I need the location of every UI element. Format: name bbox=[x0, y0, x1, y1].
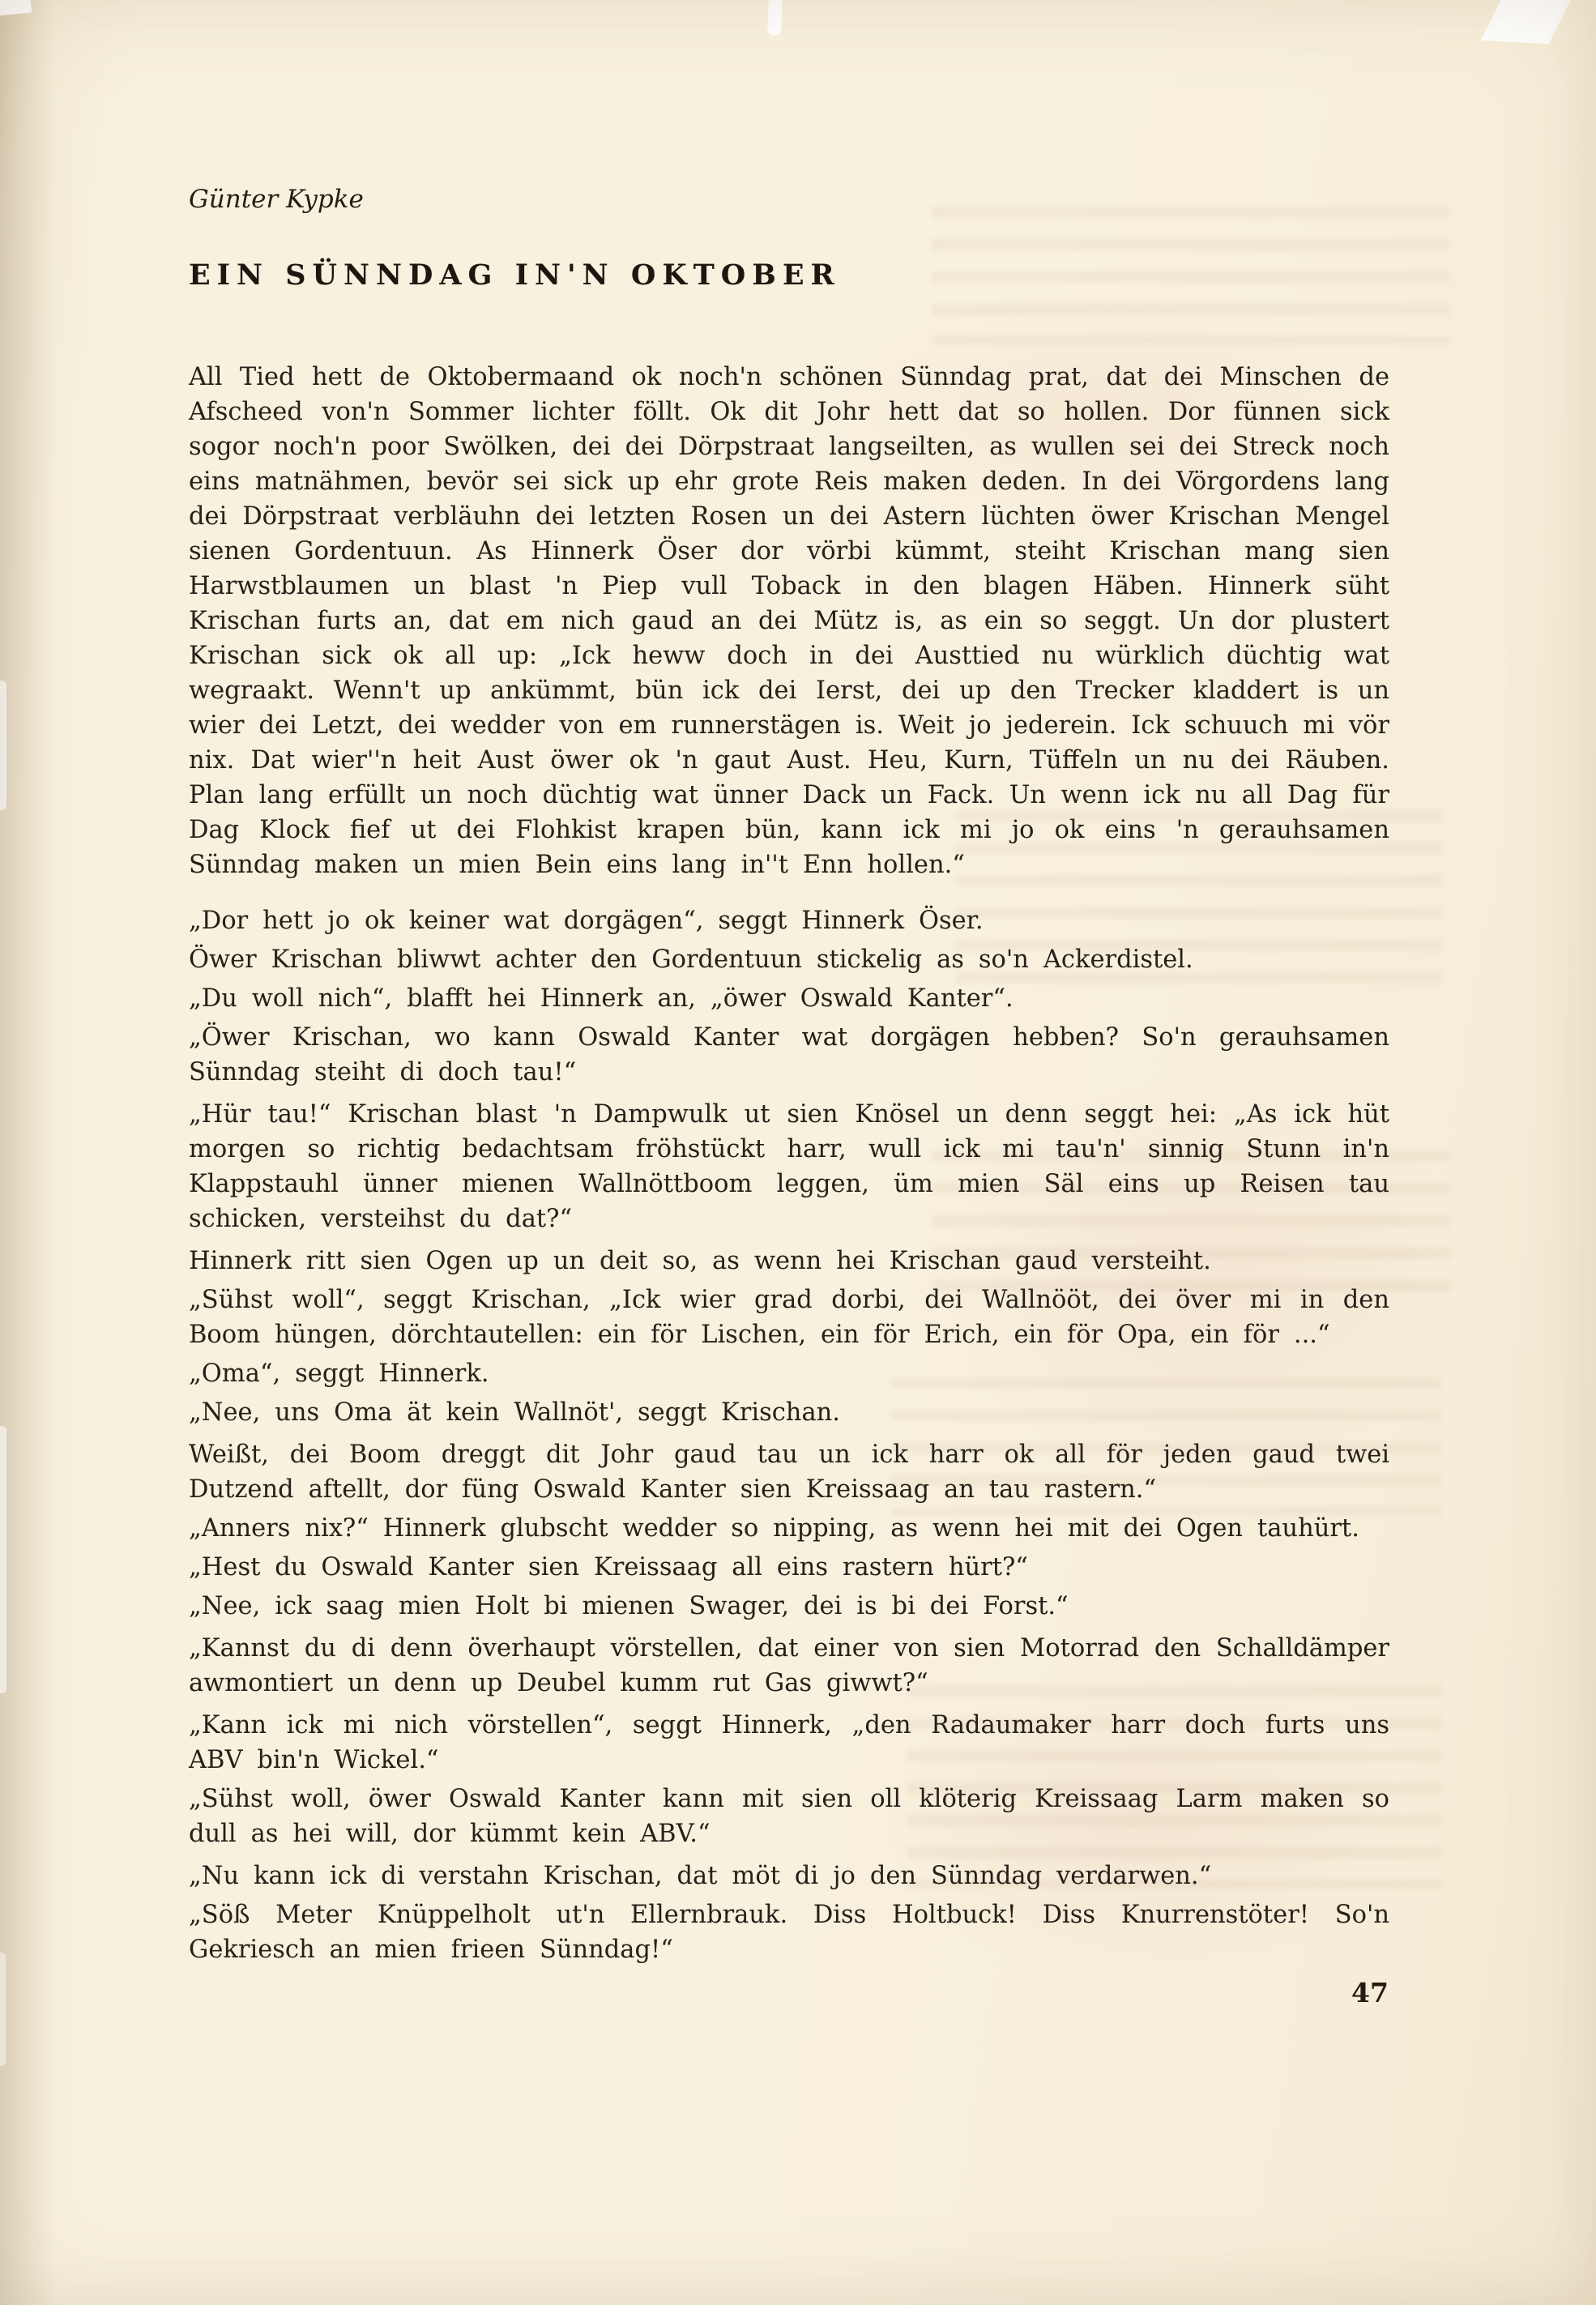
scan-artifact bbox=[0, 1953, 6, 2066]
scan-artifact bbox=[0, 0, 32, 17]
scan-artifact bbox=[0, 1426, 6, 1693]
story-title: EIN SÜNNDAG IN'N OKTOBER bbox=[189, 259, 1389, 292]
paragraph: Öwer Krischan bliwwt achter den Gordentu… bbox=[189, 942, 1389, 977]
paragraph: „Kannst du di denn överhaupt vörstellen,… bbox=[189, 1631, 1389, 1701]
book-page: Günter Kypke EIN SÜNNDAG IN'N OKTOBER Al… bbox=[0, 0, 1596, 2305]
paragraph: All Tied hett de Oktobermaand ok noch'n … bbox=[189, 360, 1389, 882]
paragraph: „Sühst woll, öwer Oswald Kanter kann mit… bbox=[189, 1782, 1389, 1851]
paragraph: Hinnerk ritt sien Ogen up un deit so, as… bbox=[189, 1244, 1389, 1278]
scan-artifact bbox=[1481, 0, 1574, 44]
paragraph: „Anners nix?“ Hinnerk glubscht wedder so… bbox=[189, 1511, 1389, 1546]
page-number: 47 bbox=[1351, 1977, 1389, 2008]
text-block: Günter Kypke EIN SÜNNDAG IN'N OKTOBER Al… bbox=[189, 185, 1389, 1971]
binding-shadow bbox=[0, 0, 57, 2305]
paragraph: „Hür tau!“ Krischan blast 'n Dampwulk ut… bbox=[189, 1097, 1389, 1236]
paragraph: Weißt, dei Boom dreggt dit Johr gaud tau… bbox=[189, 1437, 1389, 1507]
paragraph: „Söß Meter Knüppelholt ut'n Ellernbrauk.… bbox=[189, 1897, 1389, 1967]
author-name: Günter Kypke bbox=[189, 185, 1389, 214]
story-text: All Tied hett de Oktobermaand ok noch'n … bbox=[189, 360, 1389, 1967]
paragraph: „Nu kann ick di verstahn Krischan, dat m… bbox=[189, 1859, 1389, 1893]
paragraph: „Kann ick mi nich vörstellen“, seggt Hin… bbox=[189, 1708, 1389, 1778]
paragraph: „Nee, ick saag mien Holt bi mienen Swage… bbox=[189, 1589, 1389, 1624]
scan-artifact bbox=[0, 681, 6, 810]
paragraph: „Du woll nich“, blafft hei Hinnerk an, „… bbox=[189, 981, 1389, 1016]
paragraph: „Hest du Oswald Kanter sien Kreissaag al… bbox=[189, 1550, 1389, 1585]
scan-artifact bbox=[767, 0, 783, 36]
paragraph: „Nee, uns Oma ät kein Wallnöt', seggt Kr… bbox=[189, 1395, 1389, 1430]
paragraph: „Öwer Krischan, wo kann Oswald Kanter wa… bbox=[189, 1020, 1389, 1090]
paragraph: „Oma“, seggt Hinnerk. bbox=[189, 1356, 1389, 1391]
paragraph: „Sühst woll“, seggt Krischan, „Ick wier … bbox=[189, 1283, 1389, 1352]
paragraph: „Dor hett jo ok keiner wat dorgägen“, se… bbox=[189, 903, 1389, 938]
